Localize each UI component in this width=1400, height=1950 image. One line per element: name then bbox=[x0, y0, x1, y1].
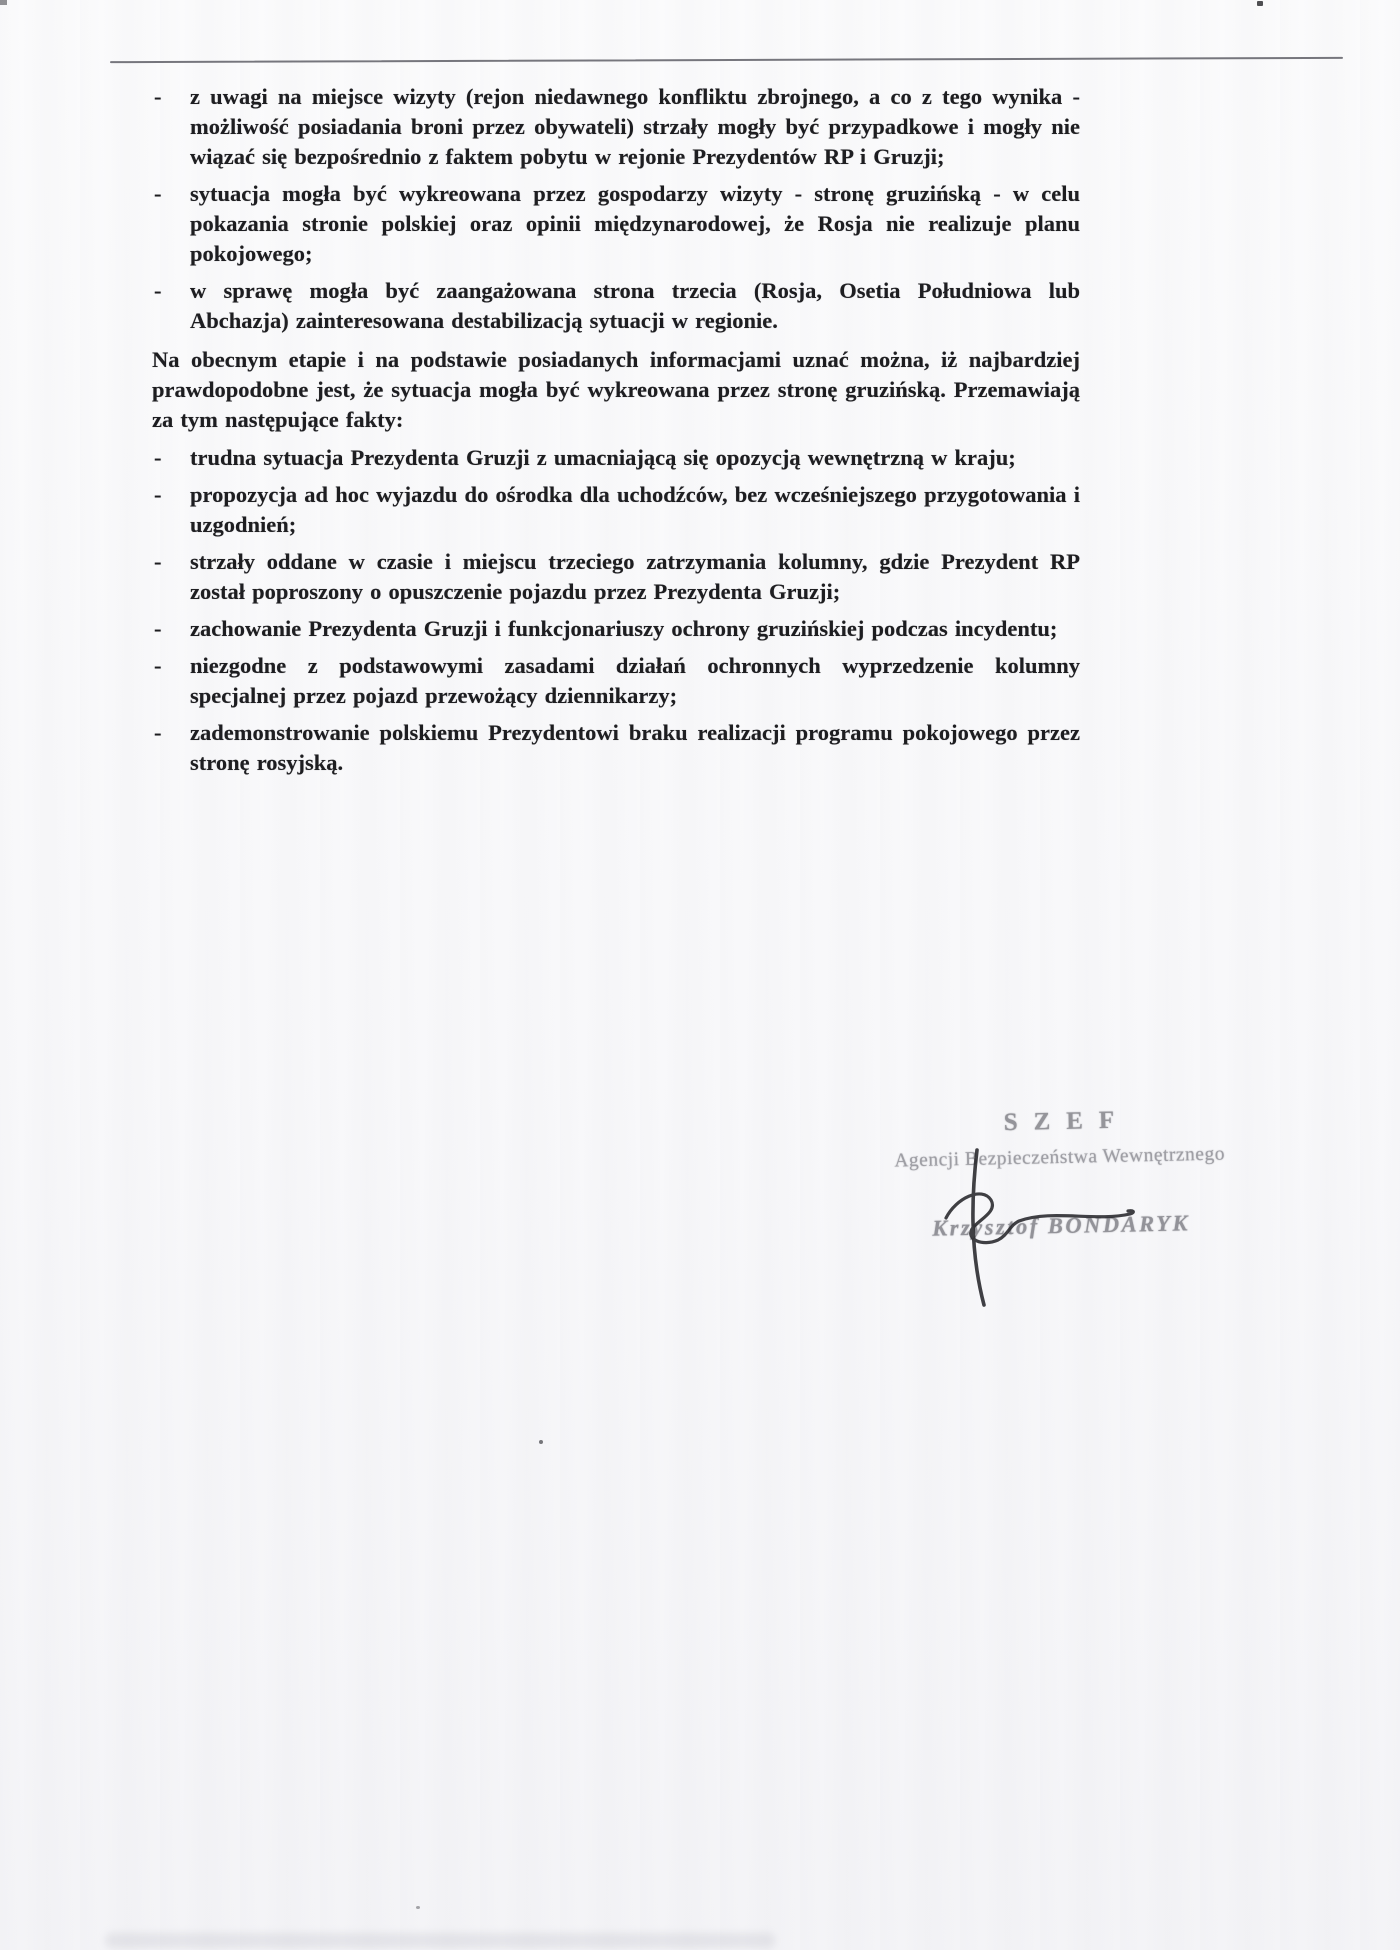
bullet-text: z uwagi na miejsce wizyty (rejon niedawn… bbox=[190, 84, 1080, 169]
bullet-text: niezgodne z podstawowymi zasadami działa… bbox=[190, 653, 1080, 708]
signature-name: Krzysztof BONDARYK bbox=[876, 1209, 1246, 1243]
bullet-marker: - bbox=[154, 480, 162, 510]
list-item: - zachowanie Prezydenta Gruzji i funkcjo… bbox=[152, 614, 1080, 644]
horizontal-rule bbox=[110, 57, 1343, 63]
scan-smudge-bottom-edge bbox=[105, 1933, 775, 1948]
scan-speck-middle bbox=[539, 1440, 543, 1444]
bullet-text: zademonstrowanie polskiemu Prezydentowi … bbox=[190, 720, 1080, 775]
list-item: - w sprawę mogła być zaangażowana strona… bbox=[152, 276, 1080, 336]
signature-organization: Agencji Bezpieczeństwa Wewnętrznego bbox=[874, 1143, 1244, 1173]
list-item: - sytuacja mogła być wykreowana przez go… bbox=[152, 179, 1080, 269]
list-item: - z uwagi na miejsce wizyty (rejon nieda… bbox=[152, 82, 1080, 172]
bullet-text: sytuacja mogła być wykreowana przez gosp… bbox=[190, 181, 1080, 266]
hypotheses-list: - z uwagi na miejsce wizyty (rejon nieda… bbox=[152, 82, 1080, 336]
facts-list: - trudna sytuacja Prezydenta Gruzji z um… bbox=[152, 443, 1080, 778]
bullet-marker: - bbox=[154, 443, 162, 473]
bullet-text: propozycja ad hoc wyjazdu do ośrodka dla… bbox=[190, 482, 1080, 537]
assessment-paragraph: Na obecnym etapie i na podstawie posiada… bbox=[152, 345, 1080, 435]
list-item: - strzały oddane w czasie i miejscu trze… bbox=[152, 547, 1080, 607]
bullet-marker: - bbox=[154, 276, 162, 306]
scanned-document-page: - z uwagi na miejsce wizyty (rejon nieda… bbox=[0, 0, 1400, 1950]
bullet-text: trudna sytuacja Prezydenta Gruzji z umac… bbox=[190, 445, 1016, 470]
scan-speck-top-left bbox=[0, 0, 7, 5]
document-body: - z uwagi na miejsce wizyty (rejon nieda… bbox=[152, 82, 1080, 785]
list-item: - niezgodne z podstawowymi zasadami dzia… bbox=[152, 651, 1080, 711]
list-item: - trudna sytuacja Prezydenta Gruzji z um… bbox=[152, 443, 1080, 473]
list-item: - zademonstrowanie polskiemu Prezydentow… bbox=[152, 718, 1080, 778]
scan-speck-bottom bbox=[416, 1906, 420, 1909]
bullet-text: zachowanie Prezydenta Gruzji i funkcjona… bbox=[190, 616, 1057, 641]
bullet-marker: - bbox=[154, 82, 162, 112]
bullet-marker: - bbox=[154, 547, 162, 577]
bullet-marker: - bbox=[154, 614, 162, 644]
bullet-marker: - bbox=[154, 179, 162, 209]
bullet-text: w sprawę mogła być zaangażowana strona t… bbox=[190, 278, 1080, 333]
scan-speck-top-right bbox=[1257, 1, 1263, 6]
list-item: - propozycja ad hoc wyjazdu do ośrodka d… bbox=[152, 480, 1080, 540]
bullet-marker: - bbox=[154, 718, 162, 748]
bullet-marker: - bbox=[154, 651, 162, 681]
signature-block: SZEF Agencji Bezpieczeństwa Wewnętrznego… bbox=[874, 1104, 1247, 1243]
bullet-text: strzały oddane w czasie i miejscu trzeci… bbox=[190, 549, 1080, 604]
signature-title: SZEF bbox=[874, 1104, 1245, 1140]
